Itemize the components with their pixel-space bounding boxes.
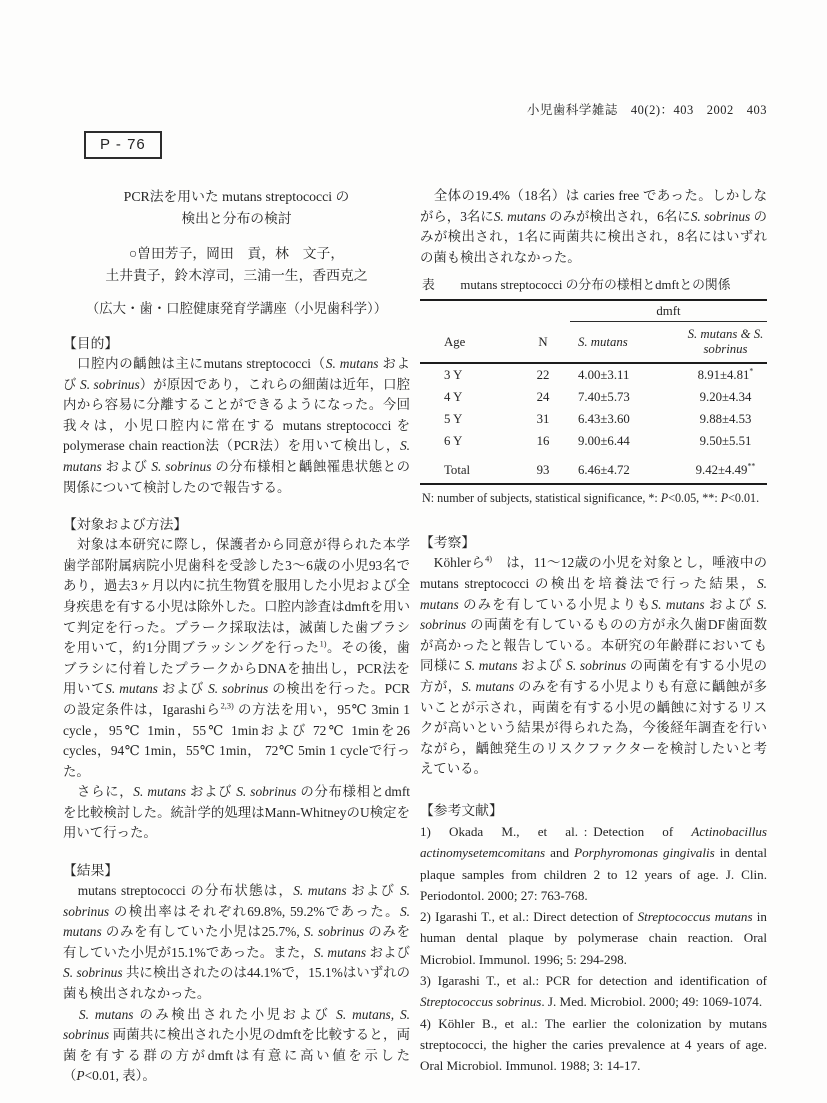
table-total-row: Total 93 6.46±4.72 9.42±4.49**: [420, 452, 767, 484]
table-span-row: dmft: [420, 300, 767, 322]
cell-age: 6 Y: [420, 430, 516, 452]
column-header-both: S. mutans & S. sobrinus: [684, 322, 767, 363]
discussion-heading: 【考察】: [420, 531, 767, 551]
table-header-row: Age N S. mutans S. mutans & S. sobrinus: [420, 322, 767, 363]
left-column: PCR法を用いた mutans streptococci の 検出と分布の検討 …: [63, 186, 410, 1087]
table-row: 3 Y 22 4.00±3.11 8.91±4.81*: [420, 363, 767, 386]
poster-number-badge: P - 76: [84, 131, 162, 159]
dmft-span-header: dmft: [570, 304, 767, 322]
cell-age: 3 Y: [420, 363, 516, 386]
dmft-table: dmft Age N S. mutans S. mutans & S. sobr…: [420, 299, 767, 485]
paper-page: 小児歯科学雑誌 40(2)：403 2002 403 P - 76 PCR法を用…: [0, 0, 827, 1103]
paper-title: PCR法を用いた mutans streptococci の 検出と分布の検討: [63, 186, 410, 230]
span-spacer-n: [516, 300, 570, 322]
cell-age: Total: [420, 452, 516, 484]
cell-smutans: 6.43±3.60: [570, 408, 684, 430]
cell-n: 16: [516, 430, 570, 452]
results-paragraph-2: S. mutans のみ検出された小児および S. mutans, S. sob…: [63, 1005, 410, 1087]
purpose-heading: 【目的】: [63, 332, 410, 352]
cell-n: 31: [516, 408, 570, 430]
purpose-paragraph: 口腔内の齲蝕は主にmutans streptococci（S. mutans お…: [63, 354, 410, 498]
cell-smutans: 6.46±4.72: [570, 452, 684, 484]
section-discussion: 【考察】 Köhlerら4) は，11〜12歳の小児を対象とし，唾液中の mut…: [420, 531, 767, 780]
reference-item-4: 4) Köhler B., et al.: The earlier the co…: [420, 1013, 767, 1077]
journal-reference: 小児歯科学雑誌 40(2)：403 2002 403: [527, 100, 767, 118]
cell-n: 24: [516, 386, 570, 408]
discussion-paragraph: Köhlerら4) は，11〜12歳の小児を対象とし，唾液中の mutans s…: [420, 553, 767, 780]
column-header-smutans: S. mutans: [570, 322, 684, 363]
methods-heading: 【対象および方法】: [63, 513, 410, 533]
cell-smutans: 7.40±5.73: [570, 386, 684, 408]
column-header-age: Age: [420, 322, 516, 363]
significance-marker: **: [747, 462, 755, 471]
cell-both: 8.91±4.81*: [684, 363, 767, 386]
cell-smutans: 4.00±3.11: [570, 363, 684, 386]
results-paragraph-1: mutans streptococci の分布状態は，S. mutans および…: [63, 881, 410, 1005]
cell-both: 9.20±4.34: [684, 386, 767, 408]
significance-marker: *: [749, 367, 753, 376]
column-header-smutans-label: S. mutans: [578, 335, 628, 349]
affiliation: （広大・歯・口腔健康発育学講座（小児歯科学））: [63, 298, 410, 317]
title-line-1: PCR法を用いた mutans streptococci の: [63, 186, 410, 208]
table-caption: 表 mutans streptococci の分布の様相とdmftとの関係: [422, 274, 767, 293]
cell-both: 9.88±4.53: [684, 408, 767, 430]
methods-paragraph-1: 対象は本研究に際し，保護者から同意が得られた本学歯学部附属病院小児歯科を受診した…: [63, 535, 410, 782]
cell-age: 5 Y: [420, 408, 516, 430]
methods-paragraph-2: さらに，S. mutans および S. sobrinus の分布様相とdmft…: [63, 782, 410, 844]
table-row: 4 Y 24 7.40±5.73 9.20±4.34: [420, 386, 767, 408]
cell-both: 9.42±4.49**: [684, 452, 767, 484]
authors-line-2: 土井貴子，鈴木淳司，三浦一生，香西克之: [63, 265, 410, 287]
table-footnote: N: number of subjects, statistical signi…: [422, 491, 767, 506]
table-block: 表 mutans streptococci の分布の様相とdmftとの関係 dm…: [420, 274, 767, 506]
title-line-2: 検出と分布の検討: [63, 208, 410, 230]
cell-both: 9.50±5.51: [684, 430, 767, 452]
reference-item-3: 3) Igarashi T., et al.: PCR for detectio…: [420, 970, 767, 1013]
section-results: 【結果】 mutans streptococci の分布状態は，S. mutan…: [63, 859, 410, 1087]
span-spacer-age: [420, 300, 516, 322]
section-methods: 【対象および方法】 対象は本研究に際し，保護者から同意が得られた本学歯学部附属病…: [63, 513, 410, 844]
column-header-both-label: S. mutans & S. sobrinus: [688, 327, 764, 356]
references-heading: 【参考文献】: [420, 799, 767, 819]
column-header-n: N: [516, 322, 570, 363]
cell-n: 22: [516, 363, 570, 386]
table-row: 5 Y 31 6.43±3.60 9.88±4.53: [420, 408, 767, 430]
cell-smutans: 9.00±6.44: [570, 430, 684, 452]
section-references: 【参考文献】 1) Okada M., et al. : Detection o…: [420, 799, 767, 1077]
reference-item-2: 2) Igarashi T., et al.: Direct detection…: [420, 906, 767, 970]
authors: ○曽田芳子，岡田 貢，林 文子， 土井貴子，鈴木淳司，三浦一生，香西克之: [63, 243, 410, 286]
cell-age: 4 Y: [420, 386, 516, 408]
poster-number: P - 76: [100, 136, 146, 153]
table-row: 6 Y 16 9.00±6.44 9.50±5.51: [420, 430, 767, 452]
cell-n: 93: [516, 452, 570, 484]
dmft-span-cell: dmft: [570, 300, 767, 322]
section-purpose: 【目的】 口腔内の齲蝕は主にmutans streptococci（S. mut…: [63, 332, 410, 498]
reference-item-1: 1) Okada M., et al. : Detection of Actin…: [420, 821, 767, 906]
results-heading: 【結果】: [63, 859, 410, 879]
results-continued-paragraph: 全体の19.4%（18名）は caries free であった。しかしながら，3…: [420, 186, 767, 268]
right-column: 全体の19.4%（18名）は caries free であった。しかしながら，3…: [420, 186, 767, 1076]
authors-line-1: ○曽田芳子，岡田 貢，林 文子，: [63, 243, 410, 265]
